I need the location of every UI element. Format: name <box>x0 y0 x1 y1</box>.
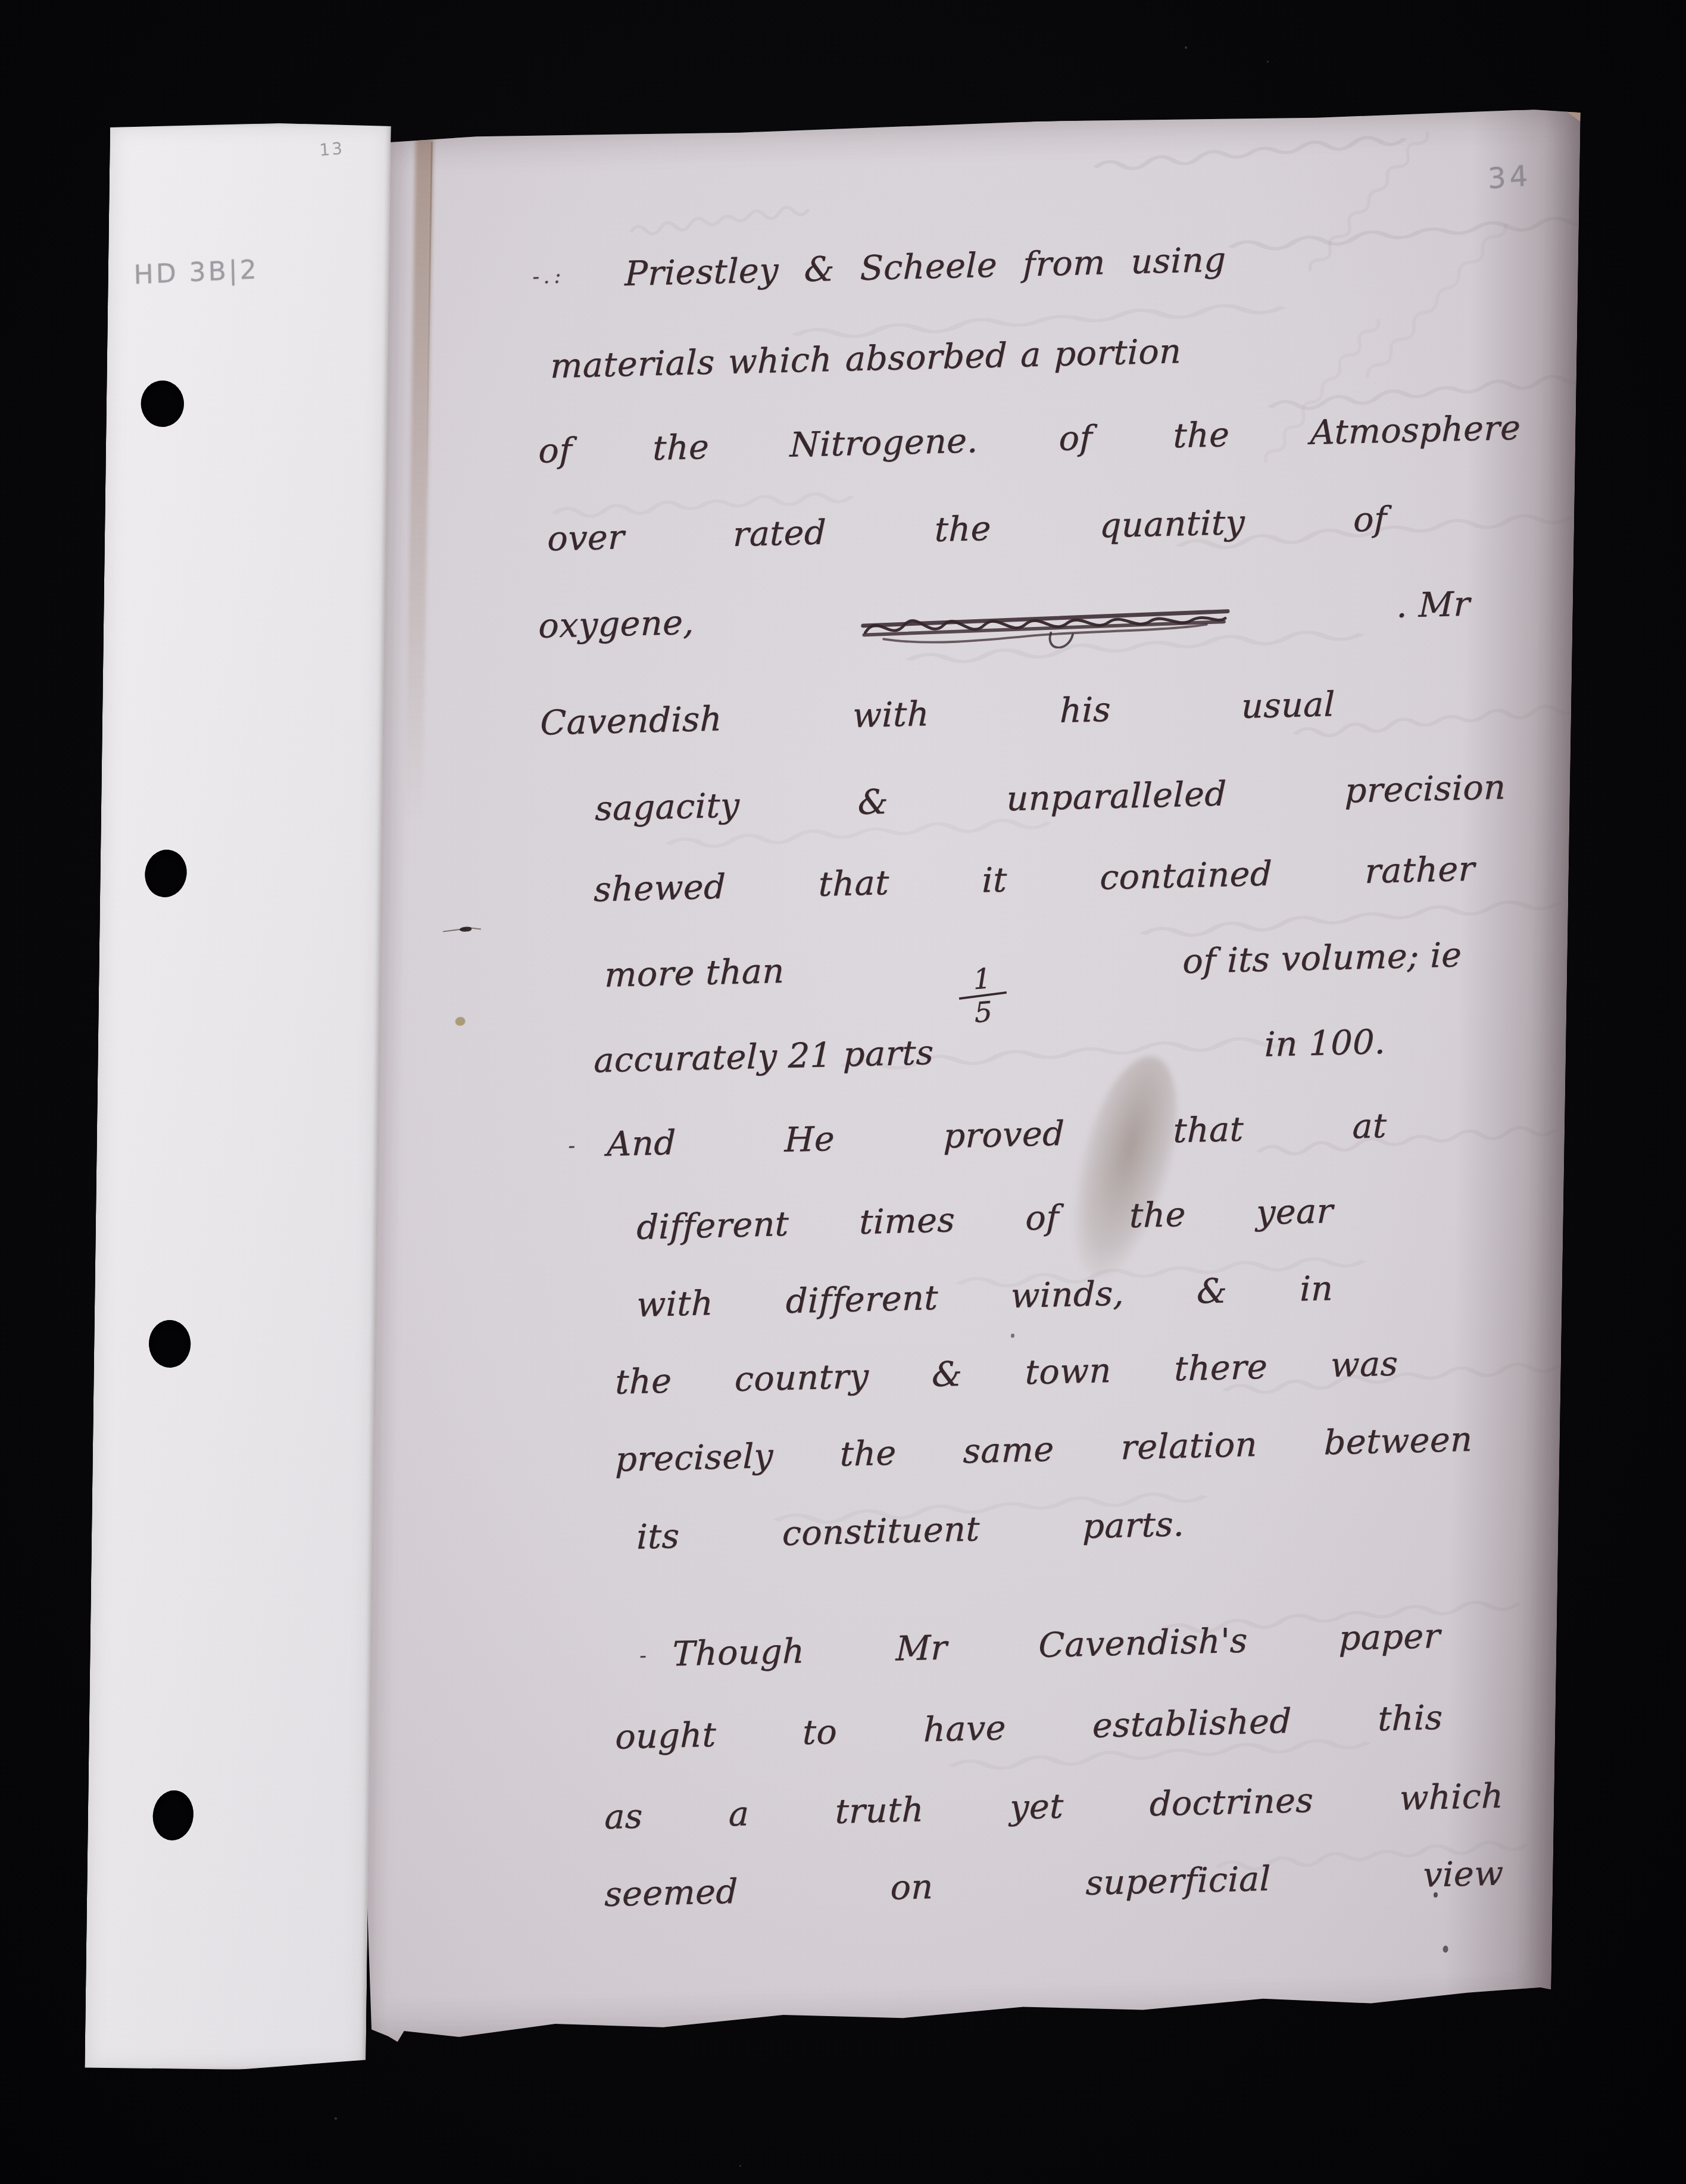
manuscript-line: with different winds, & in <box>636 1269 1334 1333</box>
punch-hole <box>142 848 189 899</box>
manuscript-line: oxygene,. Mr <box>538 585 1470 654</box>
manuscript-line: accurately 21 partsin 100. <box>594 1023 1386 1088</box>
manuscript-line: as a truth yet doctrines which <box>604 1777 1504 1845</box>
manuscript-line: its constituent parts. <box>636 1505 1185 1565</box>
manuscript-line: over rated the quantity of <box>547 500 1387 567</box>
manuscript-line: precisely the same relation between <box>615 1421 1473 1487</box>
manuscript-line: materials which absorbed a portion <box>550 332 1182 394</box>
paper-tear <box>443 922 481 938</box>
punch-hole <box>147 1318 193 1370</box>
dust-speck <box>1185 46 1187 49</box>
manuscript-line: -Though Mr Cavendish's paper <box>672 1617 1441 1681</box>
punch-hole <box>151 1789 195 1842</box>
manuscript-line: of the Nitrogene. of the Atmosphere <box>538 409 1521 479</box>
ink-spatter <box>1011 1334 1014 1338</box>
archival-stub: 13 HD 3B|2 <box>85 122 391 2071</box>
dust-speck <box>335 2117 337 2120</box>
manuscript-line: seemed on superficial view <box>604 1854 1504 1922</box>
manuscript-line: more than15of its volume; ie <box>604 936 1462 1003</box>
manuscript-line: sagacity & unparalleled precision <box>595 768 1506 836</box>
manuscript-line: ought to have established this <box>615 1699 1443 1765</box>
fraction-one-fifth: 15 <box>958 966 1007 1027</box>
manuscript-line: the country & town there was <box>615 1345 1398 1410</box>
manuscript-line: shewed that it contained rather <box>594 850 1475 918</box>
page-number: 34 <box>1487 159 1532 195</box>
photograph-background: 34 -.:Priestley & Scheele from usingmate… <box>0 0 1686 2184</box>
paper-fleck <box>455 1017 465 1026</box>
ink-smudge <box>1053 1047 1197 1287</box>
stub-reference-code: HD 3B|2 <box>133 252 313 291</box>
dust-speck <box>739 2165 741 2167</box>
dust-speck <box>1267 61 1269 63</box>
corner-chip <box>1563 108 1581 122</box>
manuscript-line: different times of the year <box>636 1192 1334 1255</box>
manuscript-line: -And He proved that at <box>607 1107 1387 1172</box>
paragraph-mark: - <box>639 1644 651 1668</box>
manuscript-text: -.:Priestley & Scheele from usingmateria… <box>381 108 1581 137</box>
punch-hole <box>138 377 188 430</box>
deletion-scribble <box>860 591 1231 659</box>
paragraph-mark: - <box>568 1134 579 1158</box>
paragraph-mark: -.: <box>532 264 565 288</box>
manuscript-line: Cavendish with his usual <box>540 685 1335 751</box>
manuscript-line: -.:Priestley & Scheele from using <box>625 241 1226 301</box>
manuscript-page: 34 -.:Priestley & Scheele from usingmate… <box>351 108 1581 2043</box>
ink-spatter <box>1443 1945 1448 1952</box>
stub-number: 13 <box>319 138 345 160</box>
